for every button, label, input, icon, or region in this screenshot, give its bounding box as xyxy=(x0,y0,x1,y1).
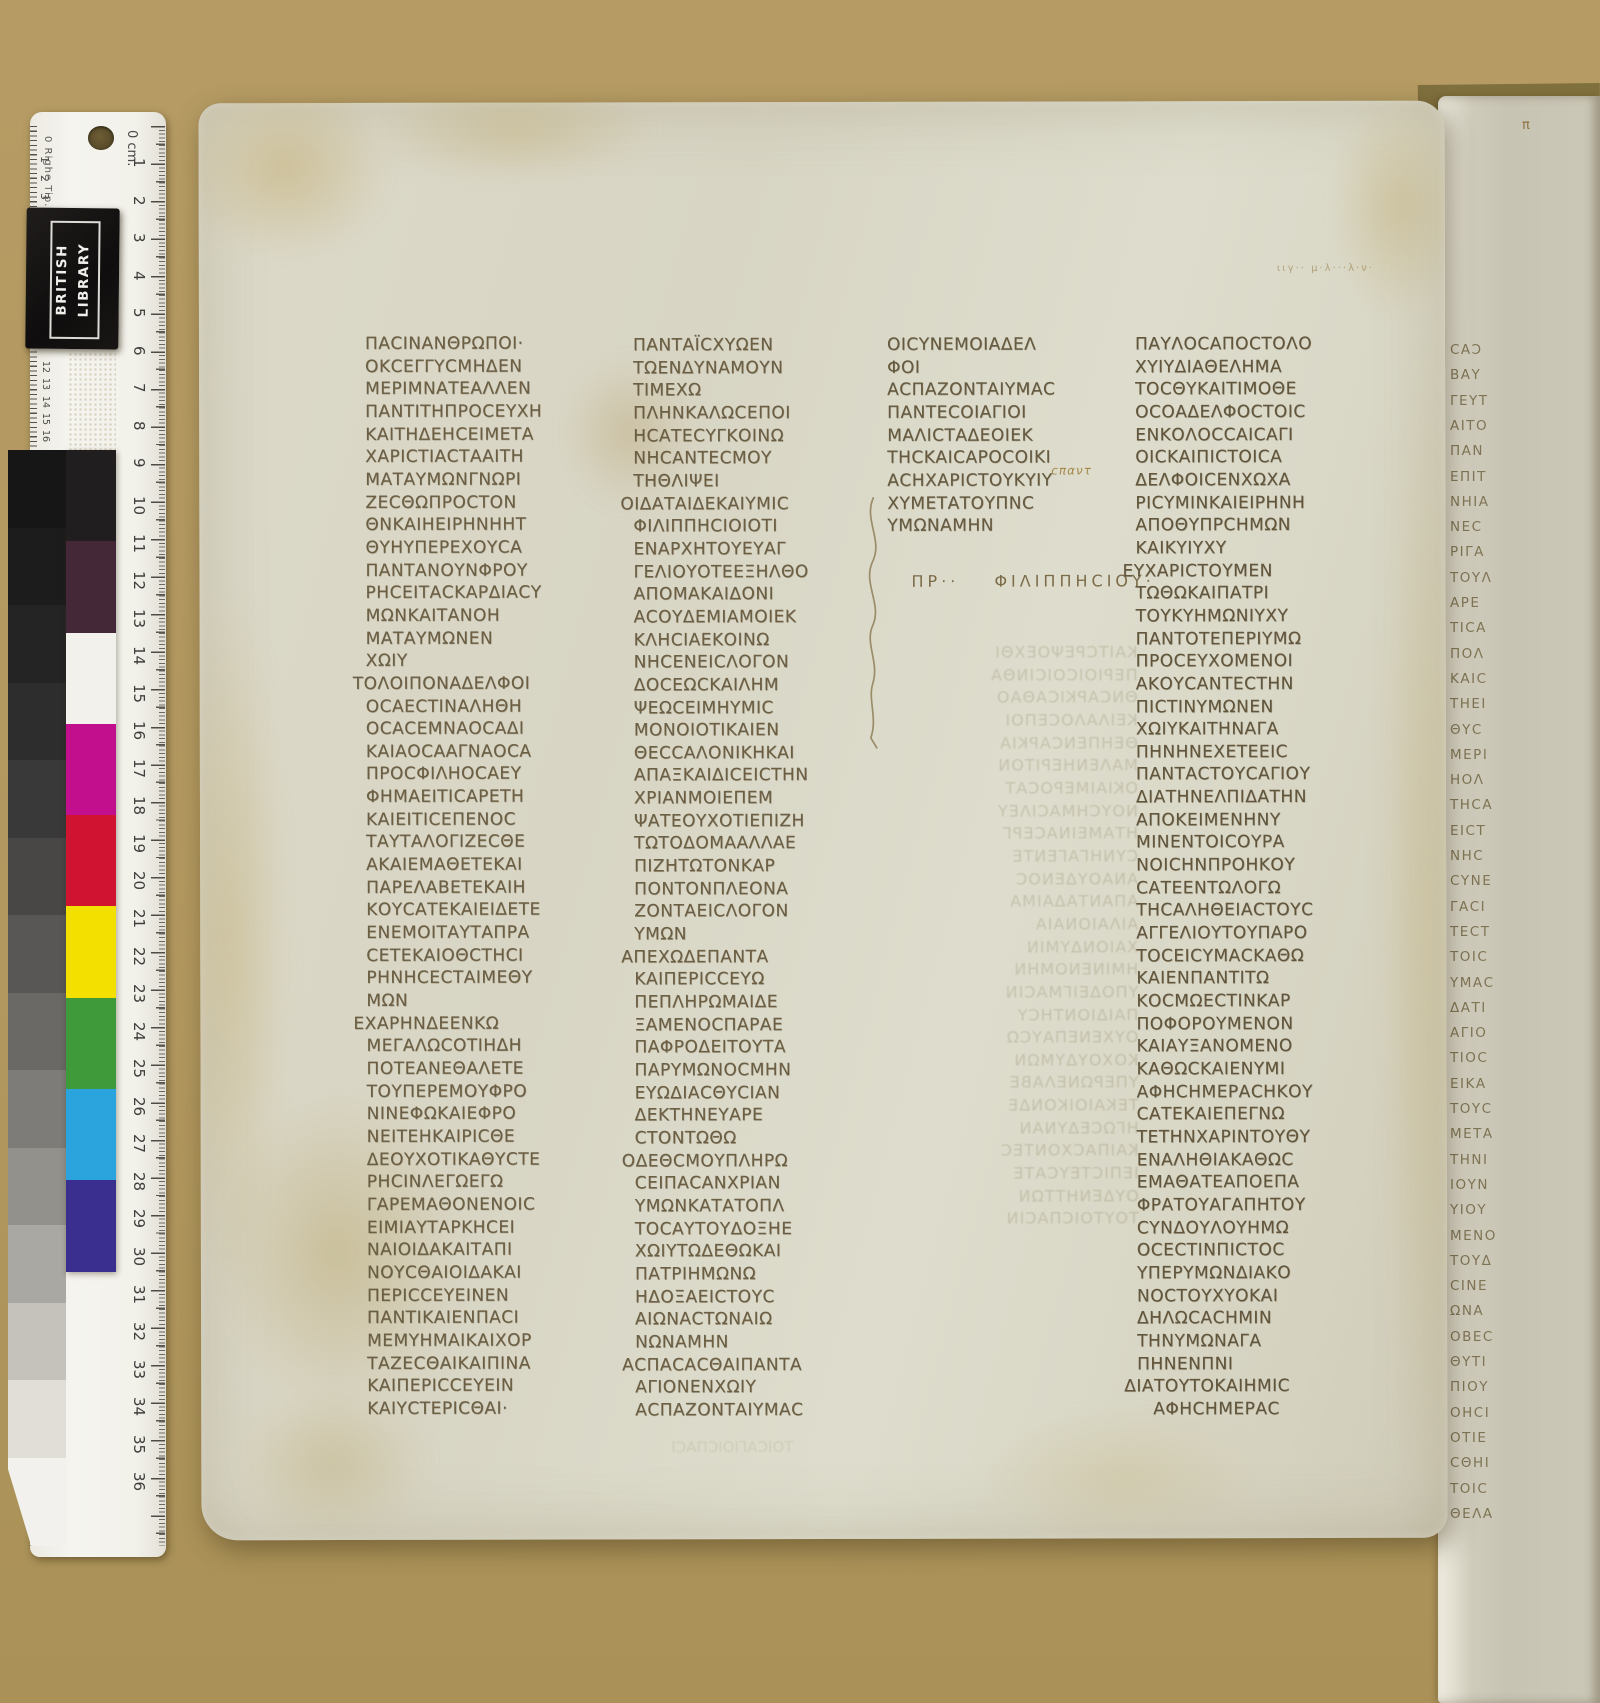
british-library-tab: BRITISH LIBRARY xyxy=(25,208,119,350)
marginal-cursive-note: ϲπαντ xyxy=(1051,463,1092,477)
parchment-stain xyxy=(198,101,394,264)
next-folio-text-fragments: CΑϽΒΑΥΓΕΥΤΑΙΤΟΠΑΝΕΠΙΤΝΗΙΑΝΕCΡΙΓΑΤΟΥΛΑΡΕΤ… xyxy=(1450,96,1570,1703)
manuscript-page: ιιγ·· μ·λ···λ·ν· ΠΑCΙΝΑΝΘΡΩΠΟΙ·ΟΚCΕΓΓΥCΜ… xyxy=(198,101,1447,1541)
photograph-of-codex-page: π CΑϽΒΑΥΓΕΥΤΑΙΤΟΠΑΝΕΠΙΤΝΗΙΑΝΕCΡΙΓΑΤΟΥΛΑΡ… xyxy=(0,0,1600,1703)
coronis-flourish xyxy=(859,494,886,754)
tape-residue xyxy=(68,352,116,454)
parchment-stain xyxy=(368,101,658,185)
text-column-1: ΠΑCΙΝΑΝΘΡΩΠΟΙ·ΟΚCΕΓΓΥCΜΗΔΕΝΜΕΡΙΜΝΑΤΕΑΛΛΕ… xyxy=(365,332,652,1420)
british-library-tab-frame: BRITISH LIBRARY xyxy=(49,221,100,340)
ruler-cm-ticks xyxy=(151,126,165,1546)
philippians-subscription: ΠΡ·· ΦΙΛΙΠΠΗCΙΟΥ· xyxy=(911,571,1154,591)
text-column-4: ΠΑΥΛΟCΑΠΟCΤΟΛΟΧΥΙΥΔΙΑΘΕΛΗΜΑΤΟCΘΥΚΑΙΤΙΜΟΘ… xyxy=(1135,333,1432,1421)
bleed-through-text: ΚΑΙΤCΡΕΨΟΕΧΘΙΠΕΡΙΟΙCΟΙCΙΝΘΑΘΝCΑΡΚΙCΑΘΑΟΚ… xyxy=(888,641,1139,1231)
bleed-through-line: ΤΟΙCΑΓΙΟΙCΠΑCΙ xyxy=(671,1438,793,1456)
parchment-stain xyxy=(1328,101,1447,321)
ruler-hole xyxy=(88,126,114,150)
faded-cursive-annotation: ιιγ·· μ·λ···λ·ν· xyxy=(1277,263,1374,274)
british-library-label: BRITISH xyxy=(53,225,72,335)
text-column-3: ΟΙCΥΝΕΜΟΙΑΔΕΛΦΟΙΑCΠΑΖΟΝΤΑΙΥΜΑCΠΑΝΤΕCΟΙΑΓ… xyxy=(887,333,1132,537)
british-library-label: LIBRARY xyxy=(75,225,94,335)
color-calibration-patches xyxy=(66,450,116,1272)
parchment-stain xyxy=(981,1411,1261,1540)
next-folio-edge: π CΑϽΒΑΥΓΕΥΤΑΙΤΟΠΑΝΕΠΙΤΝΗΙΑΝΕCΡΙΓΑΤΟΥΛΑΡ… xyxy=(1438,96,1600,1703)
grayscale-step-wedge xyxy=(8,450,66,1546)
